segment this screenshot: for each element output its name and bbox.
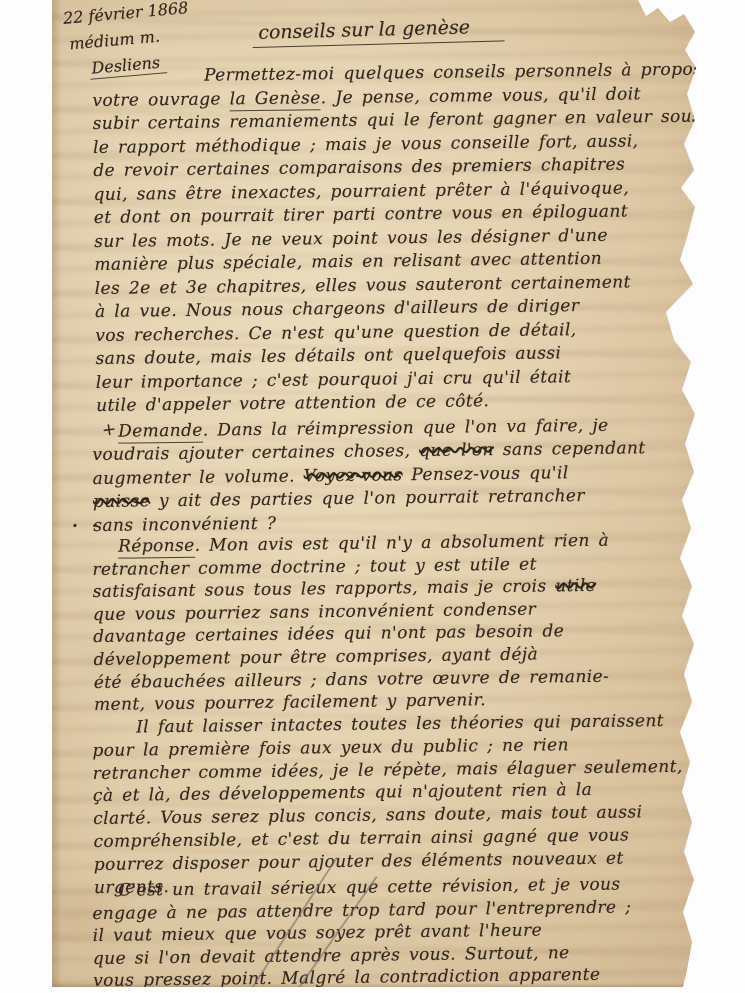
handwritten-text: utile d'appeler votre attention de ce cô… [96,391,489,416]
handwritten-text: sans inconvénient ? [93,513,276,535]
handwritten-text: développement pour être comprises, ayant… [93,645,538,670]
handwritten-text: vous pressez point. Malgré la contradict… [93,965,600,991]
handwritten-text: été ébauchées ailleurs ; dans votre œuvr… [94,666,610,692]
handwritten-text: à la vue. Nous nous chargeons d'ailleurs… [95,296,580,322]
handwritten-text: et dont on pourrait tirer parti contre v… [94,201,628,228]
handwritten-text: pourrez disposer pour ajouter des élémen… [94,848,624,874]
handwritten-text: . Dans la réimpression que l'on va faire… [203,416,609,441]
handwritten-text: augmenter le volume. [93,466,304,489]
handwritten-text: voudrais ajouter certaines choses, [92,441,419,465]
handwritten-text: Pensez-vous qu'il [402,463,568,485]
handwritten-text: vos recherches. Ce n'est qu'une question… [95,320,576,346]
handwritten-text: pour la première fois aux yeux du public… [92,735,569,761]
crossed-out-word: utile [555,576,596,596]
handwritten-text: Permettez-moi quelques conseils personne… [204,59,733,85]
scanned-manuscript-page: 22 février 1868 médium m. Desliens conse… [0,0,745,993]
paragraph-theories: Il faut laisser intactes toutes les théo… [92,709,714,899]
paragraph-revision: C'est un travail sérieux que cette révis… [92,872,713,993]
handwritten-text: sans cependant [494,439,646,461]
underlined-word: Demande [118,421,203,444]
handwritten-text: de revoir certaines comparaisons des pre… [93,154,625,180]
handwritten-text: sur les mots. Je ne veux point vous les … [94,225,608,251]
handwritten-text: sans doute, mais les détails ont quelque… [95,343,561,369]
underlined-word: la Genèse [230,88,321,111]
manuscript-paper-sheet: 22 février 1868 médium m. Desliens conse… [0,0,745,993]
handwritten-text: ment, vous pourrez facilement y parvenir… [94,690,486,715]
paragraph-reponse: Réponse. Mon avis est qu'il n'y a absolu… [92,528,714,716]
handwritten-text: . Je pense, comme vous, qu'il doit [321,84,641,108]
crossed-out-word: Voyez-vous [304,465,403,486]
crossed-out-word: que l'on [419,440,494,461]
handwritten-text: votre ouvrage [92,89,229,111]
paragraph-demande: Demande. Dans la réimpression que l'on v… [92,413,713,538]
crossed-out-word: puisse [93,491,150,512]
left-edge-shading [52,0,62,987]
handwritten-text: leur importance ; c'est pourquoi j'ai cr… [96,367,572,393]
handwritten-text: Il faut laisser intactes toutes les théo… [136,711,664,737]
handwritten-text: y ait des parties que l'on pourrait retr… [150,486,585,511]
handwritten-text: manière plus spéciale, mais en relisant … [94,249,602,275]
paragraph-introduction: Permettez-moi quelques conseils personne… [92,58,716,418]
underlined-word: Réponse [118,536,195,559]
handwritten-text: . Mon avis est qu'il n'y a absolument ri… [195,531,610,556]
document-title: conseils sur la genèse [252,15,504,48]
